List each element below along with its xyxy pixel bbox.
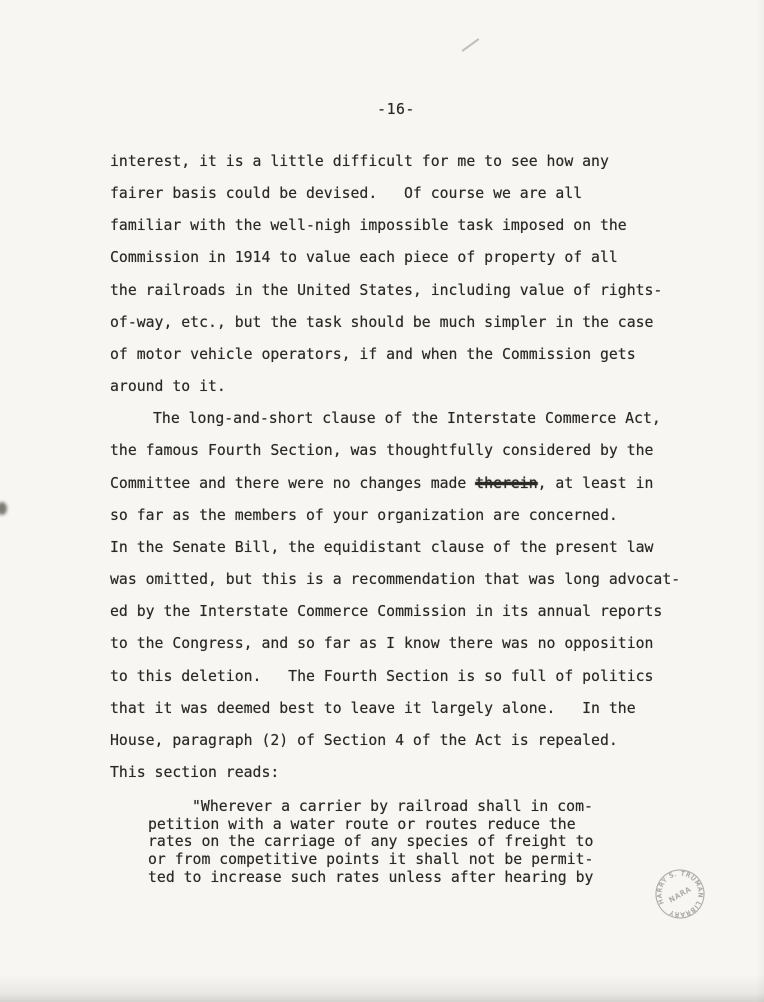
text-segment: , at least in	[538, 475, 654, 492]
text-line: ed by the Interstate Commerce Commission…	[110, 596, 690, 628]
paragraph-2: The long-and-short clause of the Interst…	[110, 403, 690, 789]
paragraph-1: interest, it is a little difficult for m…	[110, 146, 690, 403]
document-body: interest, it is a little difficult for m…	[110, 146, 690, 886]
text-line: around to it.	[110, 371, 690, 403]
text-line: The long-and-short clause of the Interst…	[110, 403, 690, 435]
stamp-nara-text: NARA	[667, 884, 693, 904]
text-line: to the Congress, and so far as I know th…	[110, 628, 690, 660]
text-line: fairer basis could be devised. Of course…	[110, 178, 690, 210]
text-line: familiar with the well-nigh impossible t…	[110, 210, 690, 242]
text-line: that it was deemed best to leave it larg…	[110, 693, 690, 725]
text-line: of motor vehicle operators, if and when …	[110, 339, 690, 371]
blockquote-line: rates on the carriage of any species of …	[148, 833, 690, 851]
text-line: In the Senate Bill, the equidistant clau…	[110, 532, 690, 564]
page-number: -16-	[14, 101, 764, 118]
text-line: Commission in 1914 to value each piece o…	[110, 242, 690, 274]
blockquote-line: ted to increase such rates unless after …	[148, 869, 690, 887]
text-line: was omitted, but this is a recommendatio…	[110, 564, 690, 596]
text-line: to this deletion. The Fourth Section is …	[110, 661, 690, 693]
truman-library-stamp: HARRY S. TRUMAN LIBRARY NARA	[633, 847, 727, 941]
text-line: of-way, etc., but the task should be muc…	[110, 307, 690, 339]
blockquote-line: petition with a water route or routes re…	[148, 816, 690, 834]
blockquote: "Wherever a carrier by railroad shall in…	[148, 798, 690, 886]
text-line-with-strikethrough: Committee and there were no changes made…	[110, 468, 690, 500]
text-line: interest, it is a little difficult for m…	[110, 146, 690, 178]
blockquote-line: "Wherever a carrier by railroad shall in…	[148, 798, 690, 816]
blockquote-line: or from competitive points it shall not …	[148, 851, 690, 869]
text-line: This section reads:	[110, 757, 690, 789]
text-segment: Committee and there were no changes made	[110, 475, 475, 492]
text-line: House, paragraph (2) of Section 4 of the…	[110, 725, 690, 757]
page-bottom-shadow	[0, 974, 764, 1002]
text-line: so far as the members of your organizati…	[110, 500, 690, 532]
pencil-mark	[461, 38, 479, 52]
document-page: -16- interest, it is a little difficult …	[0, 0, 764, 1002]
page-right-shade	[756, 0, 764, 1002]
edge-smudge	[0, 502, 7, 515]
strikethrough-word: therein	[475, 475, 537, 492]
text-line: the famous Fourth Section, was thoughtfu…	[110, 435, 690, 467]
text-line: the railroads in the United States, incl…	[110, 275, 690, 307]
